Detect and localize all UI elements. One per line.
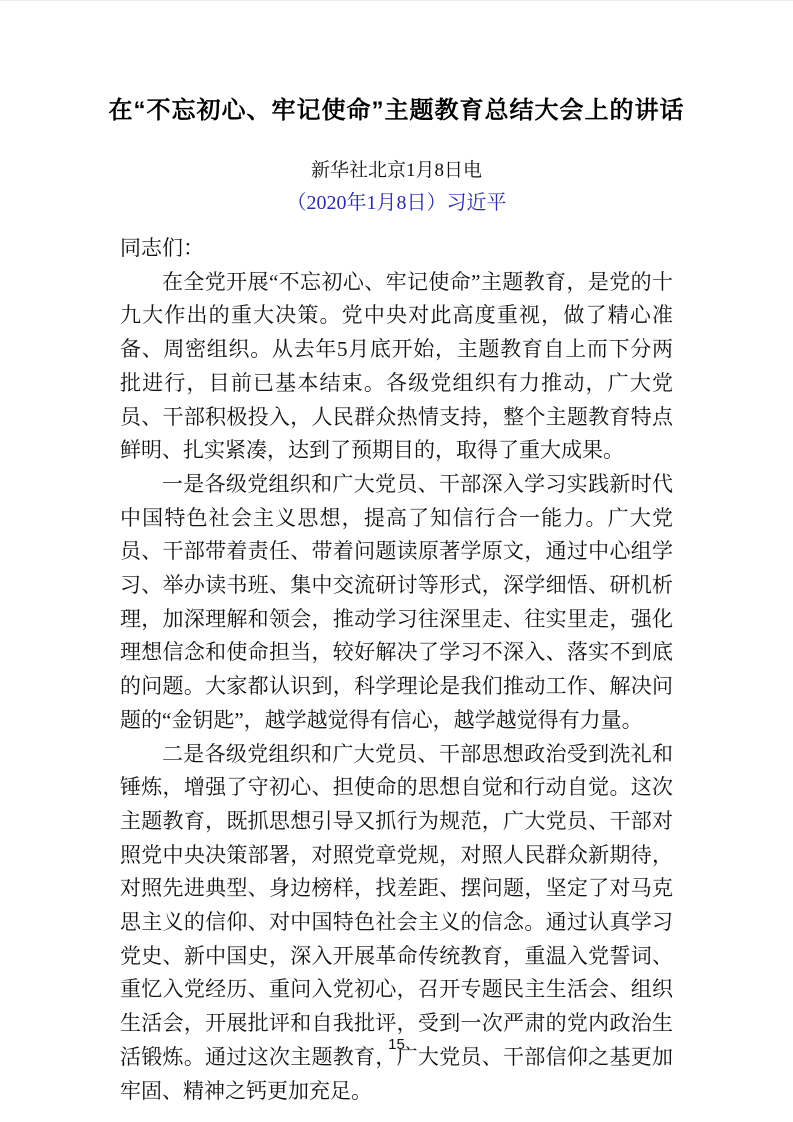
salutation: 同志们：: [120, 232, 673, 266]
document-page: 在“不忘初心、牢记使命”主题教育总结大会上的讲话 新华社北京1月8日电 （202…: [0, 0, 793, 1122]
document-body: 同志们： 在全党开展“不忘初心、牢记使命”主题教育，是党的十九大作出的重大决策。…: [120, 232, 673, 1108]
byline: 新华社北京1月8日电: [0, 159, 793, 183]
document-title: 在“不忘初心、牢记使命”主题教育总结大会上的讲话: [0, 1, 793, 129]
dateline-author: （2020年1月8日）习近平: [0, 190, 793, 216]
paragraph-1: 在全党开展“不忘初心、牢记使命”主题教育，是党的十九大作出的重大决策。党中央对此…: [120, 266, 673, 468]
page-number: 15: [0, 1035, 793, 1055]
paragraph-2: 一是各级党组织和广大党员、干部深入学习实践新时代中国特色社会主义思想，提高了知信…: [120, 468, 673, 738]
